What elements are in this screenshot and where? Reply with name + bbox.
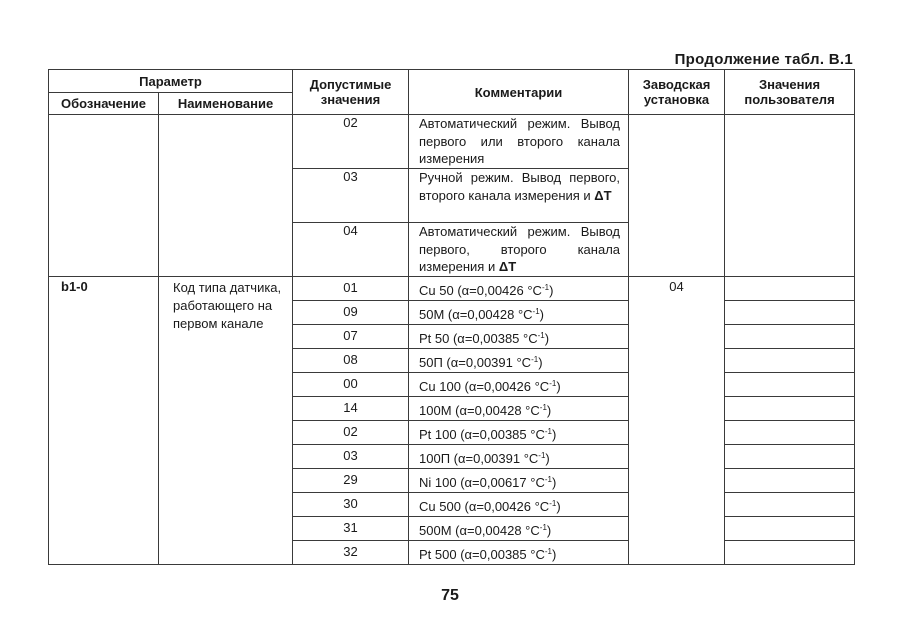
sensor-label: 500M (α=0,00428 °C xyxy=(419,523,540,538)
allowed-value: 31 xyxy=(293,517,409,541)
sensor-type: Cu 100 (α=0,00426 °C-1) xyxy=(409,373,629,397)
user-value-cell[interactable] xyxy=(725,421,855,445)
closing-paren: ) xyxy=(552,427,556,442)
sensor-label: 50M (α=0,00428 °C xyxy=(419,307,533,322)
closing-paren: ) xyxy=(556,499,560,514)
exponent: -1 xyxy=(538,331,545,340)
exponent: -1 xyxy=(540,523,547,532)
allowed-value: 30 xyxy=(293,493,409,517)
comment-text: Ручной режим. Вывод первого, второго кан… xyxy=(419,170,620,203)
table-row: b1-0Код типа датчика, работающего на пер… xyxy=(49,277,855,301)
closing-paren: ) xyxy=(545,451,549,466)
exponent: -1 xyxy=(545,547,552,556)
user-value-cell[interactable] xyxy=(725,277,855,301)
table-row: 02Автоматический режим. Вывод первого ил… xyxy=(49,115,855,169)
exponent: -1 xyxy=(545,475,552,484)
allowed-value: 14 xyxy=(293,397,409,421)
closing-paren: ) xyxy=(549,283,553,298)
header-designation: Обозначение xyxy=(49,93,159,115)
sensor-label: 50П (α=0,00391 °C xyxy=(419,355,531,370)
user-value-cell[interactable] xyxy=(725,115,855,277)
sensor-label: 100П (α=0,00391 °C xyxy=(419,451,538,466)
allowed-value: 29 xyxy=(293,469,409,493)
delta-t-symbol: ΔT xyxy=(594,188,611,203)
parameter-name: Код типа датчика, работающего на первом … xyxy=(159,277,293,565)
user-value-cell[interactable] xyxy=(725,541,855,565)
parameters-table: Параметр Допустимые значения Комментарии… xyxy=(48,69,855,565)
closing-paren: ) xyxy=(540,307,544,322)
comment-text: Автоматический режим. Вывод первого, вто… xyxy=(419,224,620,274)
closing-paren: ) xyxy=(547,403,551,418)
sensor-type: Cu 500 (α=0,00426 °C-1) xyxy=(409,493,629,517)
sensor-type: 500M (α=0,00428 °C-1) xyxy=(409,517,629,541)
sensor-type: 100M (α=0,00428 °C-1) xyxy=(409,397,629,421)
sensor-label: Ni 100 (α=0,00617 °C xyxy=(419,475,545,490)
closing-paren: ) xyxy=(547,523,551,538)
sensor-label: 100M (α=0,00428 °C xyxy=(419,403,540,418)
user-value-cell[interactable] xyxy=(725,349,855,373)
closing-paren: ) xyxy=(538,355,542,370)
sensor-type: Pt 100 (α=0,00385 °C-1) xyxy=(409,421,629,445)
exponent: -1 xyxy=(545,427,552,436)
closing-paren: ) xyxy=(552,475,556,490)
sensor-type: Cu 50 (α=0,00426 °C-1) xyxy=(409,277,629,301)
sensor-type: Ni 100 (α=0,00617 °C-1) xyxy=(409,469,629,493)
sensor-type: 50M (α=0,00428 °C-1) xyxy=(409,301,629,325)
sensor-label: Pt 500 (α=0,00385 °C xyxy=(419,547,545,562)
user-value-cell[interactable] xyxy=(725,493,855,517)
comment-cell: Ручной режим. Вывод первого, второго кан… xyxy=(409,169,629,223)
user-value-cell[interactable] xyxy=(725,373,855,397)
user-value-cell[interactable] xyxy=(725,445,855,469)
header-factory-setting: Заводская установка xyxy=(629,70,725,115)
sensor-type: 50П (α=0,00391 °C-1) xyxy=(409,349,629,373)
exponent: -1 xyxy=(533,307,540,316)
name-cell xyxy=(159,115,293,277)
sensor-label: Pt 50 (α=0,00385 °C xyxy=(419,331,538,346)
allowed-value: 00 xyxy=(293,373,409,397)
header-user-values: Значения пользователя xyxy=(725,70,855,115)
user-value-cell[interactable] xyxy=(725,517,855,541)
factory-setting-value: 04 xyxy=(629,277,725,565)
user-value-cell[interactable] xyxy=(725,325,855,349)
allowed-value: 02 xyxy=(293,115,409,169)
sensor-label: Cu 100 (α=0,00426 °C xyxy=(419,379,549,394)
table-caption: Продолжение табл. В.1 xyxy=(675,51,853,68)
exponent: -1 xyxy=(540,403,547,412)
closing-paren: ) xyxy=(552,547,556,562)
allowed-value: 08 xyxy=(293,349,409,373)
comment-cell: Автоматический режим. Вывод первого или … xyxy=(409,115,629,169)
allowed-value: 03 xyxy=(293,169,409,223)
allowed-value: 02 xyxy=(293,421,409,445)
parameter-code: b1-0 xyxy=(49,277,159,565)
closing-paren: ) xyxy=(556,379,560,394)
designation-cell xyxy=(49,115,159,277)
header-parameter: Параметр xyxy=(49,70,293,93)
sensor-type: Pt 500 (α=0,00385 °C-1) xyxy=(409,541,629,565)
allowed-value: 32 xyxy=(293,541,409,565)
delta-t-symbol: ΔT xyxy=(499,259,516,274)
sensor-label: Cu 500 (α=0,00426 °C xyxy=(419,499,549,514)
page-number: 75 xyxy=(0,587,900,605)
allowed-value: 04 xyxy=(293,223,409,277)
allowed-value: 01 xyxy=(293,277,409,301)
factory-setting-cell xyxy=(629,115,725,277)
user-value-cell[interactable] xyxy=(725,469,855,493)
comment-cell: Автоматический режим. Вывод первого, вто… xyxy=(409,223,629,277)
header-allowed-values: Допустимые значения xyxy=(293,70,409,115)
allowed-value: 07 xyxy=(293,325,409,349)
allowed-value: 09 xyxy=(293,301,409,325)
user-value-cell[interactable] xyxy=(725,397,855,421)
sensor-type: 100П (α=0,00391 °C-1) xyxy=(409,445,629,469)
comment-text: Автоматический режим. Вывод первого или … xyxy=(419,116,620,166)
sensor-type: Pt 50 (α=0,00385 °C-1) xyxy=(409,325,629,349)
user-value-cell[interactable] xyxy=(725,301,855,325)
sensor-label: Pt 100 (α=0,00385 °C xyxy=(419,427,545,442)
allowed-value: 03 xyxy=(293,445,409,469)
header-name: Наименование xyxy=(159,93,293,115)
exponent: -1 xyxy=(542,283,549,292)
sensor-label: Cu 50 (α=0,00426 °C xyxy=(419,283,542,298)
header-comments: Комментарии xyxy=(409,70,629,115)
closing-paren: ) xyxy=(545,331,549,346)
